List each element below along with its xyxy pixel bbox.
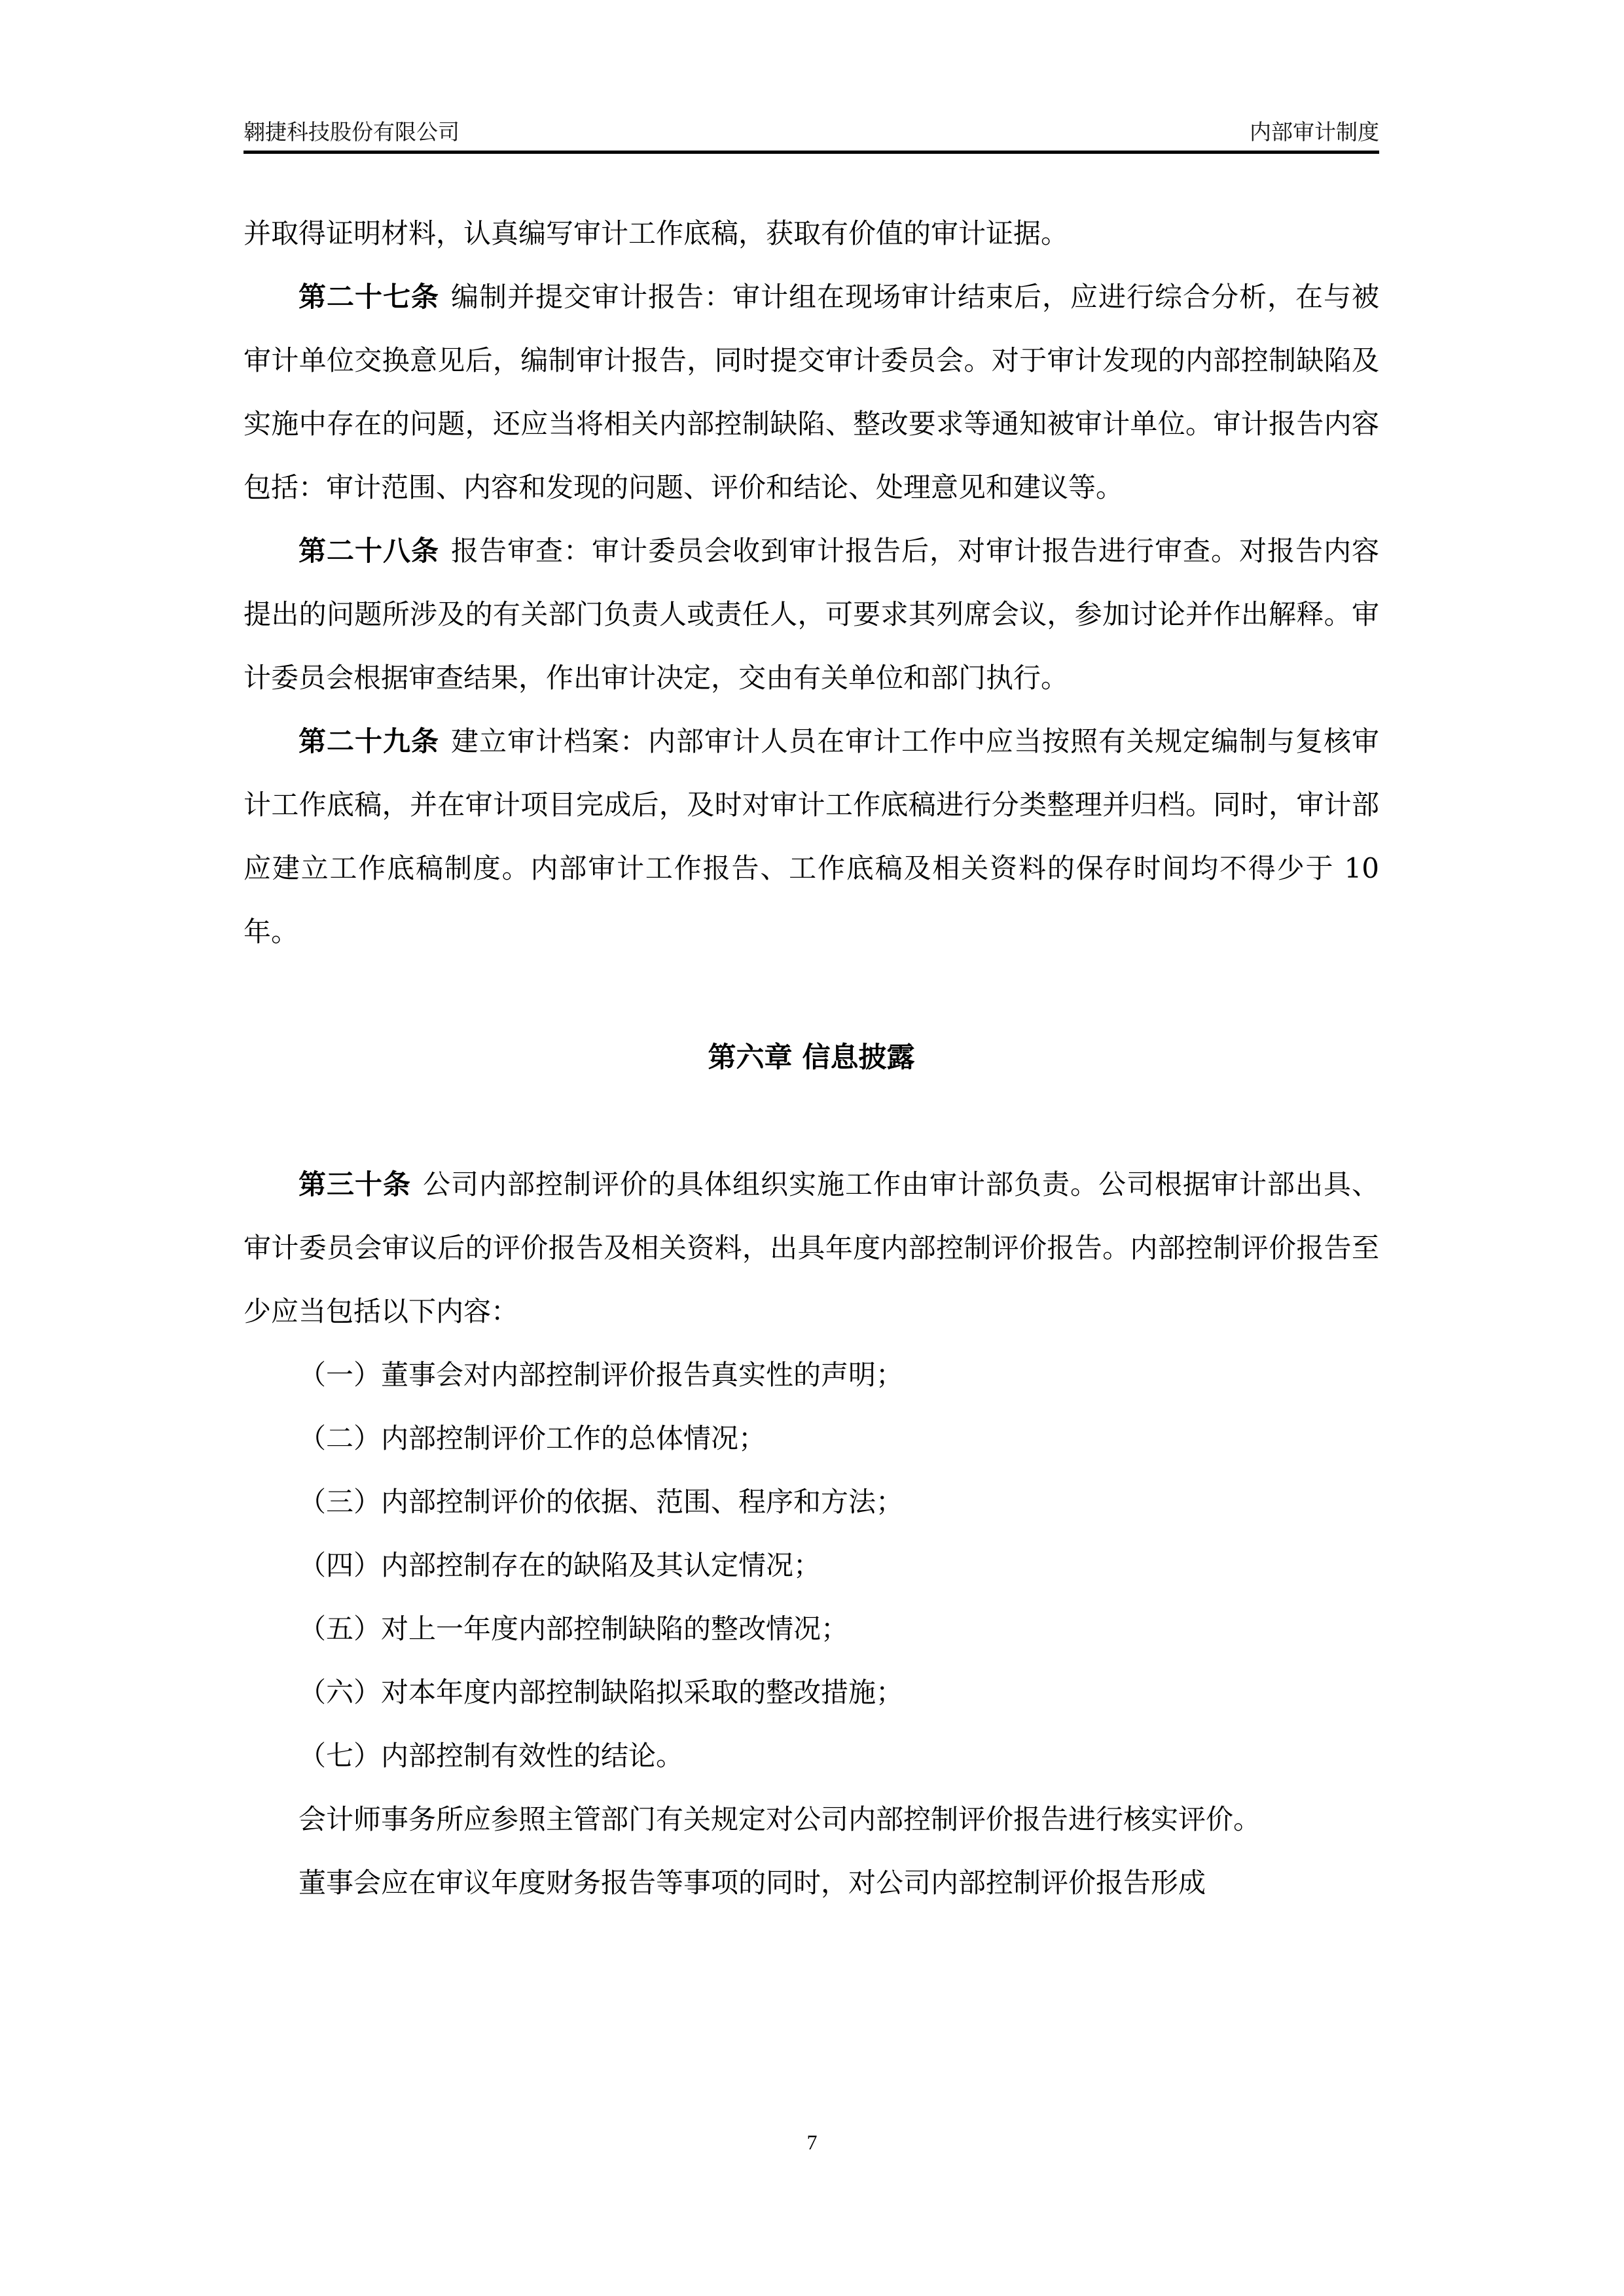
article-label: 第三十条 [298, 1168, 411, 1200]
article-text: 建立审计档案：内部审计人员在审计工作中应当按照有关规定编制与复核审计工作底稿，并… [244, 725, 1379, 948]
list-item: （一）董事会对内部控制评价报告真实性的声明； [244, 1343, 1379, 1407]
article-30: 第三十条公司内部控制评价的具体组织实施工作由审计部负责。公司根据审计部出具、审计… [244, 1153, 1379, 1343]
list-item: （五）对上一年度内部控制缺陷的整改情况； [244, 1597, 1379, 1660]
continuation-paragraph: 并取得证明材料，认真编写审计工作底稿，获取有价值的审计证据。 [244, 202, 1379, 265]
list-item: （二）内部控制评价工作的总体情况； [244, 1407, 1379, 1470]
header-company-name: 翱捷科技股份有限公司 [244, 118, 460, 147]
document-body: 并取得证明材料，认真编写审计工作底稿，获取有价值的审计证据。 第二十七条编制并提… [244, 202, 1379, 1914]
article-29: 第二十九条建立审计档案：内部审计人员在审计工作中应当按照有关规定编制与复核审计工… [244, 709, 1379, 963]
header-divider [244, 151, 1379, 154]
list-item: （四）内部控制存在的缺陷及其认定情况； [244, 1534, 1379, 1597]
article-27: 第二十七条编制并提交审计报告：审计组在现场审计结束后，应进行综合分析，在与被审计… [244, 265, 1379, 519]
article-text: 公司内部控制评价的具体组织实施工作由审计部负责。公司根据审计部出具、审计委员会审… [244, 1168, 1379, 1327]
page-number: 7 [0, 2130, 1624, 2155]
article-28: 第二十八条报告审查：审计委员会收到审计报告后，对审计报告进行审查。对报告内容提出… [244, 519, 1379, 709]
list-item: （七）内部控制有效性的结论。 [244, 1724, 1379, 1787]
article-label: 第二十八条 [298, 535, 439, 567]
accountant-paragraph: 会计师事务所应参照主管部门有关规定对公司内部控制评价报告进行核实评价。 [244, 1787, 1379, 1851]
article-text: 编制并提交审计报告：审计组在现场审计结束后，应进行综合分析，在与被审计单位交换意… [244, 281, 1379, 503]
list-item: （三）内部控制评价的依据、范围、程序和方法； [244, 1470, 1379, 1534]
chapter-heading: 第六章 信息披露 [244, 1026, 1379, 1090]
article-label: 第二十七条 [298, 281, 439, 313]
list-item: （六）对本年度内部控制缺陷拟采取的整改措施； [244, 1660, 1379, 1724]
header-document-title: 内部审计制度 [1250, 118, 1379, 147]
article-label: 第二十九条 [298, 725, 439, 757]
page-header: 翱捷科技股份有限公司 内部审计制度 [244, 113, 1379, 152]
board-paragraph: 董事会应在审议年度财务报告等事项的同时，对公司内部控制评价报告形成 [244, 1851, 1379, 1914]
